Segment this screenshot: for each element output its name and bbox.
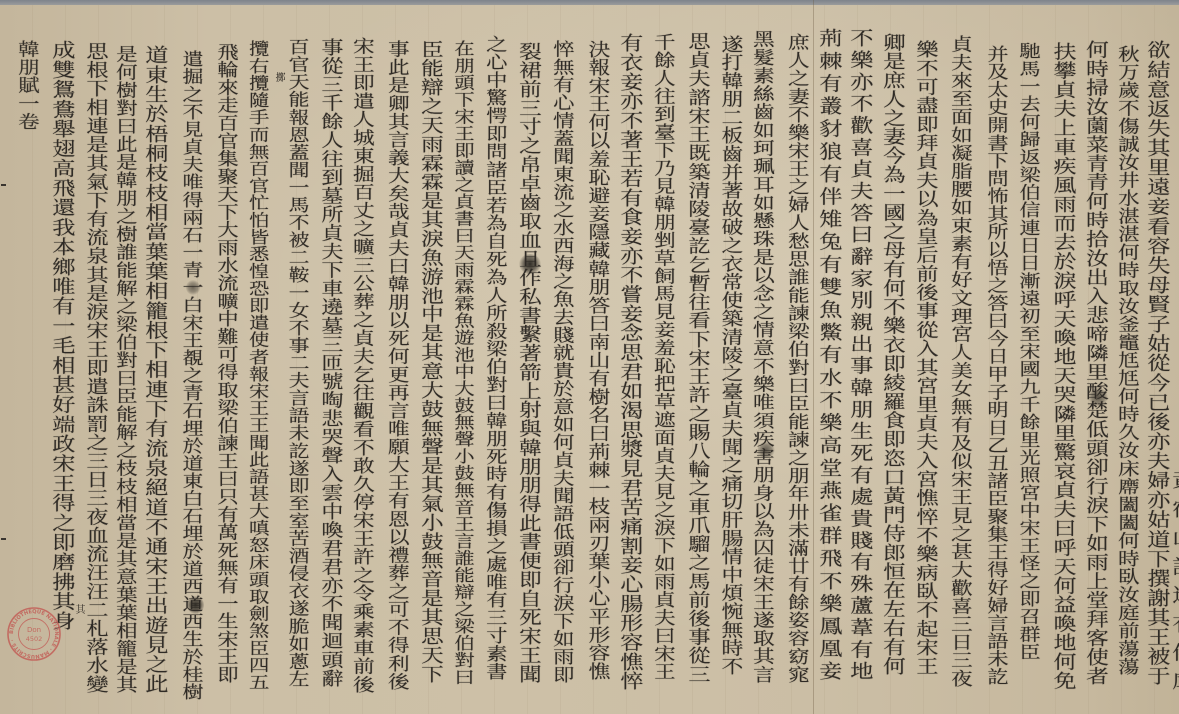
text-column: 有衣妾亦不著王若有食妾亦不嘗妾念思君如渴思漿見君苦痛割妾心腸形容憔悴 [612, 33, 649, 690]
text-column: 事此是卿其言義大矣哉貞夫曰韓朋以死何更再言唯願大王有恩以禮葬之可不得利後 [379, 40, 416, 690]
margin-mark [1, 538, 6, 540]
text-column: 庶人之妻不樂宋王之婦人愁思誰能諫梁伯對曰臣能諫之朋年卅未滿廿有餘姿容窈窕 [779, 33, 816, 683]
scan-border [0, 0, 1179, 5]
text-column: 成雙鴛鴦舉翅高飛還我本鄉唯有一毛相甚好端政宋王得之即磨拂其身 [44, 40, 81, 630]
text-column: 樂不可盡即拜貞夫以為皇后前後事從入其宮里貞夫入宮憔悴不樂病臥不起宋王 [907, 40, 944, 675]
text-column: 秋万歲不傷誠汝井水湛湛何時取汝釜竈尪尪何時久汝床廗闔闔何時臥汝庭前蕩蕩 [1109, 45, 1146, 675]
text-column: 飛輪來走百官集聚天下大雨水流曠中難可得取梁伯諫王曰只有萬死無有一生宋王即 [207, 43, 244, 683]
library-stamp: BIBLIOTHÈQUE NATIONALE · MANUSCRITS · Do… [4, 604, 64, 664]
text-column: 卿是庶人之妻今為一國之母有何不樂衣即綾羅食即恣口黃門侍郎恒在左右有何 [874, 33, 911, 675]
text-column: 荊棘有叢豺狼有伴雉兔有雙魚鱉有水不樂高堂燕雀群飛不樂鳳凰妾 [811, 28, 848, 680]
interlinear-note: 擲 [272, 72, 284, 82]
text-column: 貞夫來至面如凝脂腰如束素有好文理宮人美女無有及似宋王見之甚大歡喜三日三夜 [942, 35, 979, 687]
text-column: 臣能辯之天雨霖霖是其淚魚游池中是其意大鼓無聲是其氣小鼓無音是其思天下 [412, 40, 449, 683]
text-column: 百官天能報恩蓋聞一馬不被二鞍一女不事二夫言語未訖遂即至室苦酒侵衣遂脆如蔥左 [278, 38, 315, 687]
stamp-outer-ring [8, 608, 60, 660]
text-column: 馳馬一去何歸返梁伯信連日日漸遠初至宋國九千餘里光照宮中宋王怪之即召群臣 [1009, 42, 1046, 660]
text-column: 決報宋王何以羞恥避妾隱藏韓朋答曰南山有樹名曰荊棘一枝兩刃葉小心平形容憔 [579, 40, 616, 680]
text-column: 千餘人往到臺下乃見韓朋剉草飼馬見妾羞恥把草遮面貞夫見之淚下如雨貞夫曰宋王 [645, 33, 682, 680]
text-column: 黑髮素絲齒如珂珮耳如懸珠是以念之情意不樂唯須疾害朋身以為囚徒宋王遂取其言 [744, 30, 781, 683]
margin-mark [1, 184, 6, 186]
text-column: 并及太史開書下問怖其所以悟之答曰今日甲子明日乙丑諸臣聚集王得好婦言語未訖 [977, 45, 1014, 685]
text-column: 攬右攬隨手而無百官忙怕皆悉惶恐即遣使者報宋王王聞此語甚大嗔怒床頭取劍煞臣四五 [240, 40, 277, 690]
text-column: 扶攀貞夫上車疾風雨而去於淚呼天喚地天哭隣里驚哀貞夫曰呼天何益喚地何免 [1044, 42, 1081, 690]
text-column: 悴無有心情蓋聞東流之水西海之魚去賤就貴於意如何貞夫聞語低頭卻行淚下如雨即 [544, 40, 581, 683]
stamp-inner-ring [19, 619, 50, 650]
text-column: 之心中驚愕即問諸臣若為自死為人所殺梁伯對曰韓朋死時有傷損之處唯有三寸素書 [477, 35, 514, 680]
text-column: 思根下相連是其氣下有流泉其是淚宋王即遣誅罰之三日三夜血流汪汪二札落水變 [77, 42, 114, 693]
text-column: 在朋頭下宋王即讀之貞書曰天雨霖霖魚遊池中大鼓無聲小鼓無音王言誰能辯之梁伯對曰 [444, 40, 481, 685]
stamp-center-label: Don [27, 626, 41, 634]
text-column: 遂打韓朋二板齒并著故破之衣常使築清陵之臺貞夫聞之痛切肝腸情中煩惋無時不 [712, 35, 749, 675]
text-column: 何時掃汝薗菜青青何時拾汝出入悲啼隣里酸楚低頭卻行淚下如雨上堂拜客使者 [1077, 40, 1114, 685]
colophon-title: 韓朋賦一卷 [9, 40, 46, 130]
interlinear-note: 其 [72, 604, 84, 614]
text-column: 裂裙前三寸之帛卓齒取血且作私書繫著箭上射與韓朋朋得此書便即自死宋王聞 [510, 42, 547, 683]
text-column: 宋王即遣人城東掘百丈之曠三公葬之貞夫乞往觀看不敢久停宋王許之令乘素車前後 [344, 37, 381, 693]
text-column: 遣掘之不見貞夫唯得兩石一青一白宋王覩之青石埋於道東白石埋於道西道西生於桂樹 [172, 50, 209, 700]
stamp-number: 4502 [26, 635, 43, 643]
text-column: 思貞夫諮宋王既築清陵臺訖乞暫往看下宋王許之賜八輪之車爪騮之馬前後事從三 [679, 32, 716, 683]
text-column: 事從三千餘人往到墓所貞夫下車遶墓三匝號啕悲哭聲入雲中喚君君亦不聞迴頭辭 [312, 38, 349, 687]
